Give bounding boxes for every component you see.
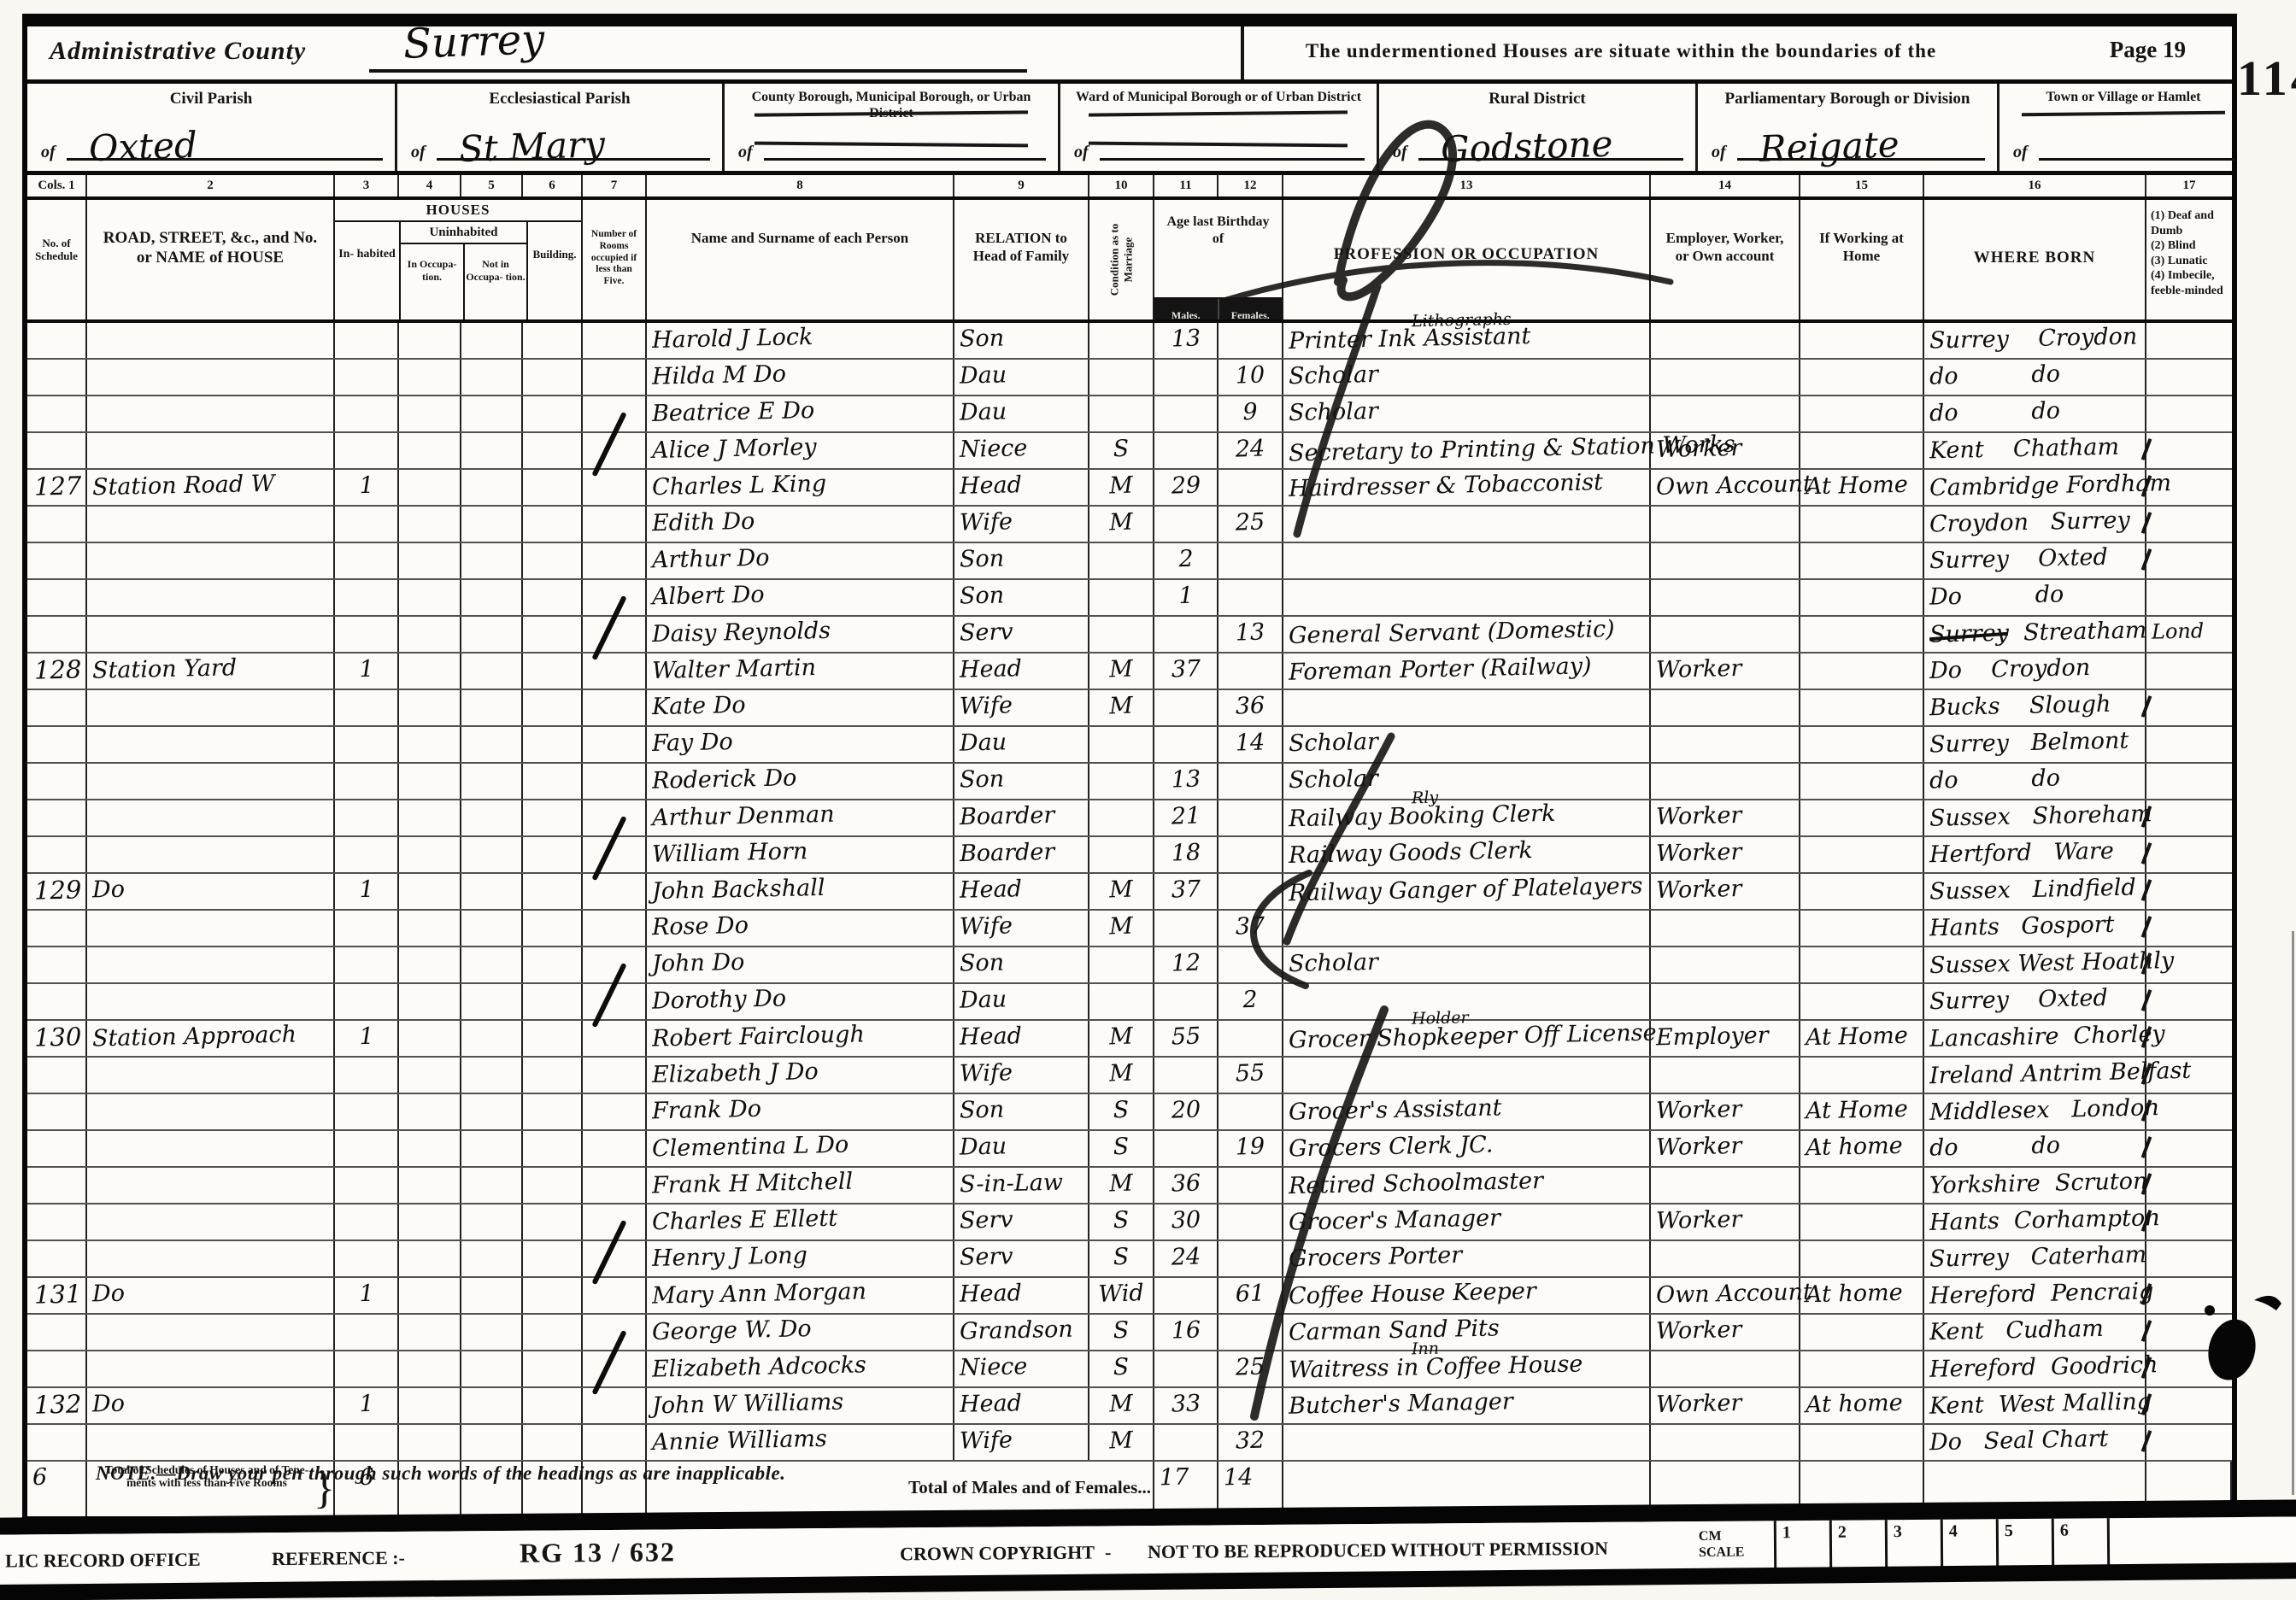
occupation-cell: Scholar <box>1283 764 1651 799</box>
working-home-cell <box>1800 580 1924 615</box>
condition-cell <box>1089 543 1154 578</box>
age-male: 24 <box>1171 1245 1201 1269</box>
occupation: Scholar <box>1289 951 1378 976</box>
age-male: 30 <box>1171 1208 1201 1232</box>
person-name: Robert Fairclough <box>652 1023 865 1050</box>
uninhabited-not-in-occupation-cell <box>461 984 523 1019</box>
employer-cell <box>1651 507 1800 542</box>
where-born-cell: Surrey Croydon <box>1924 323 2146 358</box>
age-female-cell <box>1218 837 1283 872</box>
name-cell: Dorothy Do <box>647 984 954 1019</box>
table-row: Dorothy Do Dau 2 Surrey Oxted <box>27 984 2232 1021</box>
person-name: Harold J Lock <box>652 325 813 352</box>
inhabited-cell <box>335 507 399 542</box>
relation-cell: Wife <box>954 690 1089 725</box>
cm-scale-label: CM SCALE <box>1699 1527 1759 1561</box>
schedule-cell: 132 <box>27 1388 87 1423</box>
where-born-cell: Kent West Malling <box>1924 1388 2146 1423</box>
uninhabited-in-occupation-cell <box>399 764 461 799</box>
col-number: 5 <box>461 175 523 196</box>
age-male: 33 <box>1171 1392 1201 1415</box>
col-number: 7 <box>583 175 647 196</box>
person-name: Walter Martin <box>652 656 817 683</box>
relation-cell: Dau <box>954 360 1089 395</box>
address-cell: Do <box>87 874 335 909</box>
table-row: Annie Williams Wife M 32 Do Seal Chart <box>27 1425 2232 1462</box>
totals-males: 17 <box>1160 1466 1189 1490</box>
condition-cell <box>1089 837 1154 872</box>
age-female: 37 <box>1235 914 1265 938</box>
relation: Boarder <box>960 804 1055 829</box>
person-name: Daisy Reynolds <box>652 619 831 646</box>
person-name: Arthur Do <box>652 547 770 572</box>
working-home-cell: At home <box>1800 1278 1924 1313</box>
age-female-cell <box>1218 800 1283 835</box>
col-number: 11 <box>1154 175 1218 196</box>
occupation: Railway Ganger of Platelayers <box>1289 875 1643 905</box>
marriage-condition: M <box>1109 1062 1134 1086</box>
district-cell-parliamentary-borough: Parliamentary Borough or Division ofReig… <box>1698 84 1999 171</box>
uninhabited-in-occupation-cell <box>399 911 461 946</box>
age-female: 61 <box>1235 1281 1265 1305</box>
employer-cell <box>1651 617 1800 652</box>
uninhabited-not-in-occupation-cell <box>461 1315 523 1350</box>
condition-cell <box>1089 727 1154 762</box>
address-cell <box>87 1168 335 1203</box>
where-born: Cambridge Fordham <box>1929 472 2172 500</box>
age-male-cell <box>1154 727 1218 762</box>
infirmity-cell <box>2146 1131 2232 1166</box>
inhabited-cell <box>335 911 399 946</box>
marriage-condition: M <box>1109 1172 1134 1196</box>
inhabited-cell <box>335 1131 399 1166</box>
name-cell: Roderick Do <box>647 764 954 799</box>
table-row: Henry J Long Serv S 24 Grocers Porter Su… <box>27 1241 2232 1278</box>
relation: Head <box>960 1392 1022 1416</box>
district-cell-ward: Ward of Municipal Borough or of Urban Di… <box>1060 84 1379 171</box>
header-name: Name and Surname of each Person <box>647 200 954 319</box>
age-male: 36 <box>1171 1171 1201 1195</box>
county-value: Surrey <box>402 15 545 68</box>
header-text: HOUSES <box>335 200 581 222</box>
age-female-cell <box>1218 1021 1283 1056</box>
working-home-cell: At home <box>1800 1388 1924 1423</box>
relation: Serv <box>960 1208 1013 1232</box>
uninhabited-not-in-occupation-cell <box>461 911 523 946</box>
table-row: Arthur Denman Boarder 21 Railway Booking… <box>27 800 2232 837</box>
age-male-cell <box>1154 1058 1218 1093</box>
where-born-cell: Hereford Goodrich <box>1924 1351 2146 1386</box>
inhabited-mark: 1 <box>358 1025 373 1049</box>
uninhabited-not-in-occupation-cell <box>461 470 523 505</box>
uninhabited-not-in-occupation-cell <box>461 727 523 762</box>
occupation-cell: Secretary to Printing & Station Works <box>1283 433 1651 468</box>
condition-cell: S <box>1089 1204 1154 1240</box>
age-male-cell: 29 <box>1154 470 1218 505</box>
record-office-label: LIC RECORD OFFICE <box>5 1549 201 1573</box>
building-cell <box>523 1388 583 1423</box>
inhabited-cell <box>335 1425 399 1460</box>
schedule-cell <box>27 543 87 578</box>
age-male-cell: 33 <box>1154 1388 1218 1423</box>
where-born: do do <box>1929 1134 2060 1159</box>
relation-cell: Head <box>954 1388 1089 1423</box>
where-born-cell: Sussex Lindfield <box>1924 874 2146 909</box>
table-row: 130 Station Approach 1 Robert Fairclough… <box>27 1021 2232 1058</box>
person-name: Elizabeth Adcocks <box>652 1353 866 1380</box>
name-cell: Mary Ann Morgan <box>647 1278 954 1313</box>
address-cell <box>87 1094 335 1129</box>
entry-underline <box>1100 158 1365 161</box>
col-number: 16 <box>1924 175 2146 196</box>
col-number: 14 <box>1651 175 1800 196</box>
address: Station Road W <box>92 472 275 499</box>
scale-mark: 4 <box>1949 1522 1958 1542</box>
employer-cell: Worker <box>1651 1315 1800 1350</box>
building-cell <box>523 1315 583 1350</box>
address-cell <box>87 1131 335 1166</box>
name-cell: Edith Do <box>647 507 954 542</box>
occupation-cell: Railway Booking Clerk Rly <box>1283 800 1651 835</box>
schedule-cell <box>27 1131 87 1166</box>
age-male-cell <box>1154 984 1218 1019</box>
occupation-superscript: Inn <box>1412 1341 1439 1358</box>
age-male: 13 <box>1171 767 1201 791</box>
relation: Son <box>960 951 1005 975</box>
address-cell <box>87 543 335 578</box>
uninhabited-not-in-occupation-cell <box>461 1351 523 1386</box>
inhabited-cell <box>335 1315 399 1350</box>
relation: Dau <box>960 363 1007 387</box>
scale-cell: 5 <box>1996 1519 2052 1568</box>
building-cell <box>523 1058 583 1093</box>
rooms-cell <box>583 1131 647 1166</box>
inhabited-mark: 1 <box>358 1282 373 1306</box>
address-cell <box>87 580 335 615</box>
age-male: 37 <box>1171 877 1201 901</box>
uninhabited-not-in-occupation-cell <box>461 396 523 431</box>
working-home-cell <box>1800 323 1924 358</box>
condition-cell <box>1089 617 1154 652</box>
relation-cell: Serv <box>954 1204 1089 1240</box>
where-born-cell: do do <box>1924 360 2146 395</box>
working-home-cell <box>1800 507 1924 542</box>
occupation: General Servant (Domestic) <box>1289 618 1615 648</box>
uninhabited-not-in-occupation-cell <box>461 617 523 652</box>
uninhabited-not-in-occupation-cell <box>461 1241 523 1276</box>
uninhabited-in-occupation-cell <box>399 1058 461 1093</box>
working-home-cell <box>1800 1351 1924 1386</box>
uninhabited-in-occupation-cell <box>399 1351 461 1386</box>
schedule-cell <box>27 837 87 872</box>
schedule-cell <box>27 1168 87 1203</box>
relation: Serv <box>960 620 1013 644</box>
age-female-cell <box>1218 1388 1283 1423</box>
employer-status: Worker <box>1656 841 1742 865</box>
relation: Wife <box>960 510 1013 534</box>
schedule-cell <box>27 1094 87 1129</box>
person-name: John Do <box>652 951 745 976</box>
employer-status: Worker <box>1656 657 1742 682</box>
header-text: (4) Imbecile, feeble-minded <box>2146 268 2232 298</box>
occupation-cell: Grocers Clerk JC. <box>1283 1131 1651 1166</box>
occupation-cell: Grocers Porter <box>1283 1241 1651 1276</box>
marriage-condition: M <box>1109 474 1134 498</box>
age-female-cell <box>1218 580 1283 615</box>
employer-cell <box>1651 323 1800 358</box>
uninhabited-in-occupation-cell <box>399 580 461 615</box>
header-text: (2) Blind <box>2146 238 2232 254</box>
age-female-cell <box>1218 1168 1283 1203</box>
header-houses-group: HOUSES In- habited Uninhabited In Occupa… <box>335 200 583 319</box>
age-female-cell <box>1218 470 1283 505</box>
occupation: Scholar <box>1289 730 1378 755</box>
age-female: 25 <box>1235 1355 1265 1379</box>
uninhabited-in-occupation-cell <box>399 800 461 835</box>
age-male: 16 <box>1171 1318 1201 1342</box>
age-female-cell <box>1218 653 1283 689</box>
name-cell: Daisy Reynolds <box>647 617 954 652</box>
where-born-cell: Do Croydon <box>1924 653 2146 689</box>
inhabited-cell: 1 <box>335 1021 399 1056</box>
table-row: Kate Do Wife M 36 Bucks Slough <box>27 690 2232 727</box>
inhabited-cell <box>335 360 399 395</box>
name-cell: Elizabeth J Do <box>647 1058 954 1093</box>
where-born: Surrey Oxted <box>1929 546 2108 572</box>
where-born: Sussex West Hoathly <box>1929 949 2175 977</box>
working-home-cell <box>1800 1204 1924 1240</box>
age-female-cell <box>1218 764 1283 799</box>
building-cell <box>523 764 583 799</box>
uninhabited-not-in-occupation-cell <box>461 507 523 542</box>
address-cell <box>87 433 335 468</box>
occupation-superscript: Rly <box>1412 790 1439 807</box>
inhabited-cell <box>335 727 399 762</box>
relation: Niece <box>960 437 1028 461</box>
where-born: Hereford Goodrich <box>1929 1353 2158 1381</box>
occupation: Butcher's Manager <box>1289 1390 1513 1417</box>
employer-cell: Worker <box>1651 837 1800 872</box>
employer-status: Worker <box>1656 804 1742 829</box>
employer-cell <box>1651 1241 1800 1276</box>
uninhabited-not-in-occupation-cell <box>461 1388 523 1423</box>
marriage-condition: Wid <box>1098 1281 1144 1306</box>
col-number: 2 <box>87 175 335 196</box>
schedule-cell <box>27 360 87 395</box>
age-female-cell <box>1218 874 1283 909</box>
relation: Son <box>960 583 1005 607</box>
boundaries-text: The undermentioned Houses are situate wi… <box>1249 40 1993 62</box>
address-cell <box>87 984 335 1019</box>
age-female-cell: 55 <box>1218 1058 1283 1093</box>
where-born: do do <box>1929 399 2060 425</box>
where-born: Surrey Caterham <box>1929 1243 2147 1270</box>
table-row: Arthur Do Son 2 Surrey Oxted <box>27 543 2232 580</box>
occupation: Grocer's Manager <box>1289 1206 1501 1234</box>
header-employer: Employer, Worker, or Own account <box>1651 200 1800 319</box>
reference-number: RG 13 / 632 <box>520 1536 676 1568</box>
scale-cell: 1 <box>1774 1521 1829 1569</box>
uninhabited-in-occupation-cell <box>399 1094 461 1129</box>
inhabited-cell <box>335 1351 399 1386</box>
table-row: Albert Do Son 1 Do do <box>27 580 2232 617</box>
uninhabited-in-occupation-cell <box>399 1021 461 1056</box>
occupation-cell: Printer Ink Assistant Lithographs <box>1283 323 1651 358</box>
name-cell: Clementina L Do <box>647 1131 954 1166</box>
employer-cell <box>1651 727 1800 762</box>
address-cell <box>87 947 335 982</box>
relation: Head <box>960 877 1022 902</box>
relation-cell: Serv <box>954 617 1089 652</box>
occupation-cell <box>1283 507 1651 542</box>
relation: Head <box>960 1281 1022 1306</box>
age-female-cell: 13 <box>1218 617 1283 652</box>
infirmity-cell <box>2146 764 2232 799</box>
age-male-cell <box>1154 360 1218 395</box>
address-cell: Do <box>87 1278 335 1313</box>
relation-cell: Grandson <box>954 1315 1089 1350</box>
schedule-number: 130 <box>34 1024 82 1050</box>
table-row: Fay Do Dau 14 Scholar Surrey Belmont <box>27 727 2232 764</box>
age-female-cell: 61 <box>1218 1278 1283 1313</box>
employer-status: Worker <box>1656 1208 1742 1233</box>
name-cell: Fay Do <box>647 727 954 762</box>
where-born: Sussex Shoreham <box>1929 802 2152 829</box>
relation-cell: Son <box>954 764 1089 799</box>
building-cell <box>523 984 583 1019</box>
scale-mark: 1 <box>1782 1523 1791 1543</box>
marriage-condition: S <box>1113 1356 1129 1380</box>
employer-cell: Worker <box>1651 1094 1800 1129</box>
of-word: of <box>1074 143 1089 162</box>
where-born-cell: Surrey Oxted <box>1924 543 2146 578</box>
infirmity-cell <box>2146 690 2232 725</box>
table-row: Charles E Ellett Serv S 30 Grocer's Mana… <box>27 1204 2232 1241</box>
age-female-cell <box>1218 543 1283 578</box>
inhabited-mark: 1 <box>358 1392 373 1416</box>
age-female-cell: 2 <box>1218 984 1283 1019</box>
condition-cell <box>1089 947 1154 982</box>
occupation: Carman Sand Pits <box>1289 1316 1500 1344</box>
occupation-cell: Railway Ganger of Platelayers <box>1283 874 1651 909</box>
totals-schedule-count: 6 <box>32 1466 48 1489</box>
table-row: 128 Station Yard 1 Walter Martin Head M … <box>27 653 2232 690</box>
relation: Boarder <box>960 841 1055 865</box>
relation-cell: Niece <box>954 433 1089 468</box>
schedule-cell <box>27 617 87 652</box>
name-cell: Annie Williams <box>647 1425 954 1460</box>
uninhabited-not-in-occupation-cell <box>461 1131 523 1166</box>
district-band: Civil Parish ofOxted Ecclesiastical Pari… <box>27 84 2232 175</box>
relation: Dau <box>960 400 1007 424</box>
age-female: 10 <box>1235 363 1265 387</box>
schedule-number: 128 <box>34 657 82 683</box>
name-cell: Charles E Ellett <box>647 1204 954 1240</box>
where-born: Yorkshire Scruton <box>1929 1169 2148 1197</box>
relation-cell: Son <box>954 1094 1089 1129</box>
name-cell: Beatrice E Do <box>647 396 954 431</box>
condition-cell: M <box>1089 1058 1154 1093</box>
working-home-cell <box>1800 543 1924 578</box>
marriage-condition: M <box>1109 1392 1134 1416</box>
infirmity-cell <box>2146 800 2232 835</box>
where-born: Surrey Croydon <box>1929 325 2138 352</box>
inhabited-cell <box>335 580 399 615</box>
district-label: Rural District <box>1379 90 1695 108</box>
occupation-cell: Coffee House Keeper <box>1283 1278 1651 1313</box>
infirmity-cell <box>2146 580 2232 615</box>
uninhabited-not-in-occupation-cell <box>461 1168 523 1203</box>
name-cell: Hilda M Do <box>647 360 954 395</box>
age-male-cell <box>1154 433 1218 468</box>
age-male-cell: 13 <box>1154 323 1218 358</box>
condition-cell <box>1089 323 1154 358</box>
person-name: John Backshall <box>652 876 825 903</box>
occupation-cell <box>1283 1058 1651 1093</box>
col-number: 10 <box>1089 175 1154 196</box>
where-born: do do <box>1929 766 2060 792</box>
header-text: If Working at Home <box>1800 200 1923 266</box>
uninhabited-in-occupation-cell <box>399 984 461 1019</box>
schedule-number: 129 <box>34 877 82 903</box>
uninhabited-in-occupation-cell <box>399 837 461 872</box>
employer-status: Worker <box>1656 1134 1742 1159</box>
occupation: Coffee House Keeper <box>1289 1280 1536 1308</box>
header-text: WHERE BORN <box>1924 200 2145 268</box>
building-cell <box>523 1241 583 1276</box>
address: Do <box>92 1282 125 1306</box>
age-female: 36 <box>1235 694 1265 718</box>
person-name: Alice J Morley <box>652 436 817 462</box>
col-number: 12 <box>1218 175 1283 196</box>
infirmity-note: Lond <box>2152 620 2205 642</box>
scale-mark: 3 <box>1894 1522 1902 1542</box>
employer-status: Worker <box>1656 877 1742 902</box>
building-cell <box>523 543 583 578</box>
relation: Son <box>960 767 1005 791</box>
header-in-occupation: In Occupa- tion. <box>401 244 465 319</box>
occupation-cell <box>1283 690 1651 725</box>
header-relation: RELATION to Head of Family <box>954 200 1089 319</box>
marriage-condition: S <box>1113 1209 1129 1233</box>
infirmity-cell <box>2146 1351 2232 1386</box>
of-word: of <box>2013 143 2028 162</box>
employer-cell: Own Account <box>1651 1278 1800 1313</box>
relation: Dau <box>960 1134 1007 1158</box>
condition-cell <box>1089 396 1154 431</box>
employer-cell <box>1651 580 1800 615</box>
age-female-cell <box>1218 1241 1283 1276</box>
employer-cell <box>1651 396 1800 431</box>
uninhabited-in-occupation-cell <box>399 1204 461 1240</box>
name-cell: Arthur Do <box>647 543 954 578</box>
name-cell: Kate Do <box>647 690 954 725</box>
rooms-cell <box>583 837 647 872</box>
working-home-cell <box>1800 1315 1924 1350</box>
rooms-cell <box>583 323 647 358</box>
header-text: Condition as to Marriage <box>1107 203 1134 316</box>
building-cell <box>523 874 583 909</box>
uninhabited-in-occupation-cell <box>399 727 461 762</box>
schedule-cell <box>27 984 87 1019</box>
occupation-cell: Hairdresser & Tobacconist <box>1283 470 1651 505</box>
relation-cell: Wife <box>954 911 1089 946</box>
age-male-cell: 12 <box>1154 947 1218 982</box>
rooms-cell <box>583 543 647 578</box>
infirmity-cell <box>2146 1241 2232 1276</box>
schedule-cell: 131 <box>27 1278 87 1313</box>
relation: Son <box>960 547 1005 571</box>
